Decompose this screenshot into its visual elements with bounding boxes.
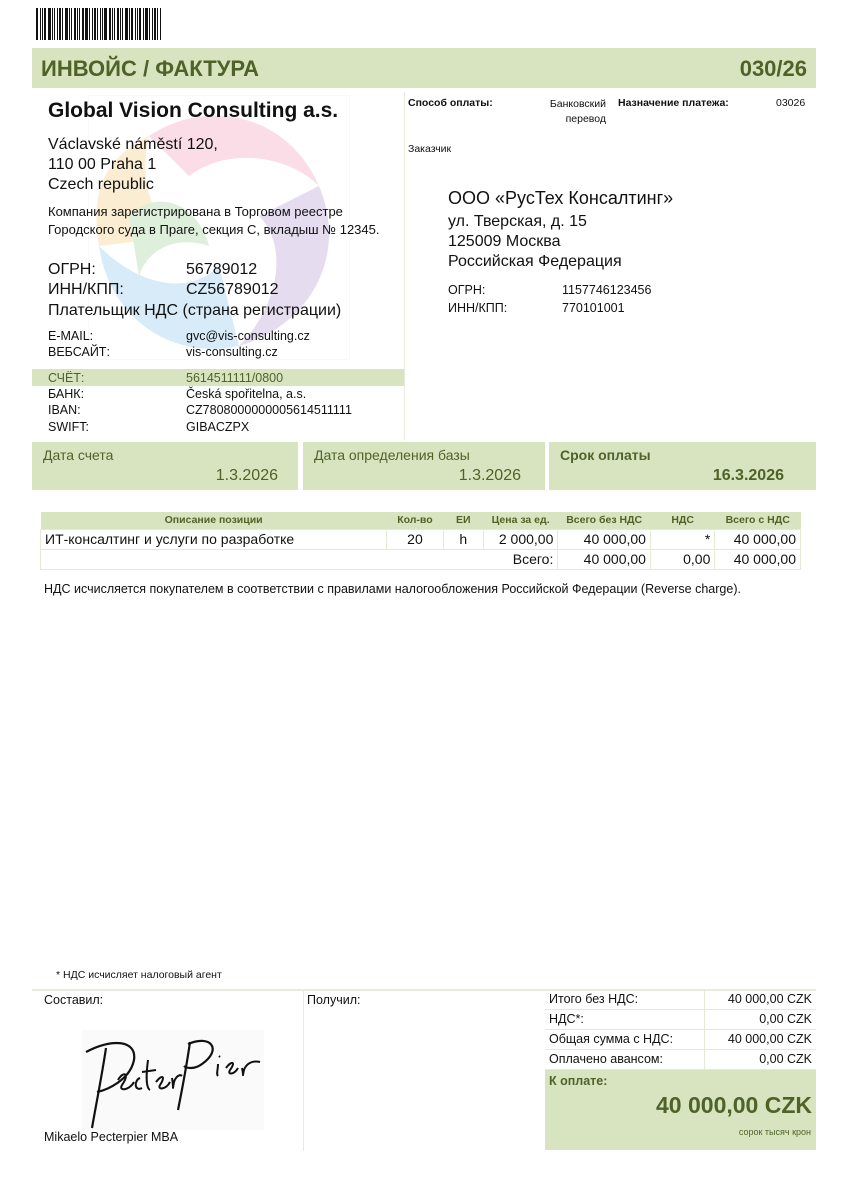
col-price: Цена за ед. [483, 512, 557, 529]
item-price: 2 000,00 [483, 529, 557, 549]
due-date: 16.3.2026 [713, 467, 784, 485]
col-qty: Кол-во [387, 512, 443, 529]
amount-due-words: сорок тысяч крон [739, 1127, 811, 1137]
totals-label: Общая сумма с НДС: [545, 1029, 705, 1049]
customer-address-line: ул. Тверская, д. 15 [448, 212, 587, 232]
supplier-email-label: E-MAIL: [48, 328, 93, 344]
invoice-date-box: Дата счета 1.3.2026 [32, 442, 298, 490]
swift-label: SWIFT: [48, 419, 89, 435]
totals-label: НДС*: [545, 1009, 705, 1029]
amount-due: 40 000,00 CZK [656, 1092, 812, 1119]
total-vat: 0,00 [650, 549, 714, 569]
supplier-name: Global Vision Consulting a.s. [48, 99, 338, 123]
supplier-email[interactable]: gvc@vis-consulting.cz [186, 328, 310, 344]
invoice-number: 030/26 [740, 56, 807, 82]
supplier-address-line: 110 00 Praha 1 [48, 155, 156, 175]
payment-method: Банковский перевод [530, 97, 606, 127]
item-qty: 20 [387, 529, 443, 549]
supplier-vat-status: Плательщик НДС (страна регистрации) [48, 301, 341, 321]
items-header-row: Описание позиции Кол-во ЕИ Цена за ед. В… [41, 512, 801, 529]
col-gross: Всего с НДС [715, 512, 801, 529]
account-label: СЧЁТ: [48, 370, 84, 386]
tax-date-box: Дата определения базы 1.3.2026 [303, 442, 545, 490]
tax-date-label: Дата определения базы [314, 447, 470, 463]
supplier-address-line: Václavské náměstí 120, [48, 135, 218, 155]
invoice-date: 1.3.2026 [216, 467, 278, 485]
bank-label: БАНК: [48, 386, 84, 402]
supplier-inn-label: ИНН/КПП: [48, 280, 124, 300]
totals-row: Итого без НДС: 40 000,00 CZK [545, 989, 816, 1009]
due-date-box: Срок оплаты 16.3.2026 [549, 442, 816, 490]
totals-row: НДС*: 0,00 CZK [545, 1009, 816, 1029]
totals-label: Оплачено авансом: [545, 1049, 705, 1069]
iban-label: IBAN: [48, 402, 81, 418]
totals-value: 40 000,00 CZK [705, 1029, 816, 1049]
amount-due-label: К оплате: [549, 1074, 607, 1088]
customer-name: ООО «РусТех Консалтинг» [448, 188, 673, 209]
iban: CZ7808000000005614511111 [186, 402, 352, 418]
customer-ogrn: 1157746123456 [562, 282, 651, 298]
totals-row: Общая сумма с НДС: 40 000,00 CZK [545, 1029, 816, 1049]
item-net: 40 000,00 [558, 529, 651, 549]
item-description: ИТ-консалтинг и услуги по разработке [41, 529, 387, 549]
total-net: 40 000,00 [558, 549, 651, 569]
payment-purpose-label: Назначение платежа: [618, 97, 729, 109]
signature-icon [82, 1030, 264, 1130]
payment-purpose: 03026 [776, 97, 805, 109]
bank-name: Česká spořitelna, a.s. [186, 386, 306, 402]
customer-address-line: Российская Федерация [448, 252, 622, 272]
supplier-ogrn-label: ОГРН: [48, 260, 96, 280]
issuer-name: Mikaelo Pecterpier MBA [44, 1130, 178, 1144]
customer-ogrn-label: ОГРН: [448, 282, 485, 298]
customer-inn-label: ИНН/КПП: [448, 300, 507, 316]
received-by-label: Получил: [307, 993, 360, 1007]
table-row: ИТ-консалтинг и услуги по разработке 20 … [41, 529, 801, 549]
col-unit: ЕИ [443, 512, 483, 529]
supplier-web[interactable]: vis-consulting.cz [186, 344, 278, 360]
invoice-header: ИНВОЙС / ФАКТУРА 030/26 [32, 48, 816, 88]
supplier-ogrn: 56789012 [186, 260, 257, 280]
document-title: ИНВОЙС / ФАКТУРА [41, 56, 259, 82]
vat-footnote: * НДС исчисляет налоговый агент [56, 969, 222, 981]
col-vat: НДС [650, 512, 714, 529]
account-number: 5614511111/0800 [186, 370, 283, 386]
issued-by-label: Составил: [44, 993, 103, 1007]
totals-value: 0,00 CZK [705, 1009, 816, 1029]
customer-address-line: 125009 Москва [448, 232, 560, 252]
total-gross: 40 000,00 [715, 549, 801, 569]
table-total-row: Всего: 40 000,00 0,00 40 000,00 [41, 549, 801, 569]
totals-row: Оплачено авансом: 0,00 CZK [545, 1049, 816, 1069]
swift: GIBACZPX [186, 419, 249, 435]
supplier-registration: Компания зарегистрирована в Торговом рее… [48, 203, 388, 239]
invoice-date-label: Дата счета [43, 447, 113, 463]
payment-method-label: Способ оплаты: [408, 97, 493, 109]
supplier-inn: CZ56789012 [186, 280, 279, 300]
signature-divider [303, 991, 304, 1151]
customer-section-label: Заказчик [408, 143, 451, 155]
customer-inn: 770101001 [562, 300, 625, 316]
supplier-web-label: ВЕБСАЙТ: [48, 344, 110, 360]
barcode-icon [36, 8, 176, 40]
items-table: Описание позиции Кол-во ЕИ Цена за ед. В… [40, 512, 801, 570]
tax-date: 1.3.2026 [459, 467, 521, 485]
column-divider [404, 92, 405, 440]
total-label: Всего: [41, 549, 558, 569]
amount-due-box: К оплате: 40 000,00 CZK сорок тысяч крон [545, 1070, 816, 1150]
totals-value: 0,00 CZK [705, 1049, 816, 1069]
totals-table: Итого без НДС: 40 000,00 CZK НДС*: 0,00 … [545, 989, 816, 1070]
totals-value: 40 000,00 CZK [705, 989, 816, 1009]
reverse-charge-note: НДС исчисляется покупателем в соответств… [44, 582, 741, 596]
col-description: Описание позиции [41, 512, 387, 529]
supplier-address-line: Czech republic [48, 175, 154, 195]
due-date-label: Срок оплаты [560, 447, 651, 463]
col-net: Всего без НДС [558, 512, 651, 529]
item-vat: * [650, 529, 714, 549]
item-unit: h [443, 529, 483, 549]
totals-label: Итого без НДС: [545, 989, 705, 1009]
item-gross: 40 000,00 [715, 529, 801, 549]
